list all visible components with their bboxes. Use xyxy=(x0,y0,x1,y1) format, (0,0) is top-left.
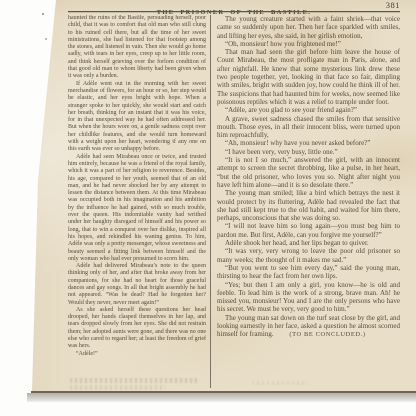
paragraph: A grave, sweet sadness chased the smiles… xyxy=(217,115,400,140)
header-rule xyxy=(68,11,400,12)
page-bottom-shadow xyxy=(27,393,416,402)
ink-showthrough-smudge xyxy=(70,385,166,390)
ink-showthrough-smudge xyxy=(70,378,198,383)
page-header: THE PRISONER OF THE BASTILE. 381 xyxy=(68,1,400,11)
paragraph: “Ah, monsieur! why have you never asked … xyxy=(217,139,400,147)
scan-speck xyxy=(42,13,44,15)
paragraph: Adèle had seen Mirabeau once or twice, a… xyxy=(68,154,206,263)
final-paragraph: The young man sat down on the turf seat … xyxy=(217,314,400,340)
paragraph: If Adèle went out in the morning with he… xyxy=(68,81,206,154)
paragraph: Adèle had delivered Mirabeau’s note to t… xyxy=(68,263,206,307)
paragraph: As she asked herself these questions her… xyxy=(68,307,206,351)
scanned-page: THE PRISONER OF THE BASTILE. 381 haunted… xyxy=(0,0,416,392)
paragraph: haunted the ruins of the Bastile, persua… xyxy=(68,15,206,81)
paragraph: “Yes; but then I am only a girl, you kno… xyxy=(217,281,400,314)
paragraph: “I will not leave him so long again—you … xyxy=(217,222,400,239)
page-number: 381 xyxy=(386,0,400,10)
paragraph: The young man smiled; like a bird which … xyxy=(217,189,400,222)
to-be-concluded-note: (TO BE CONCLUDED.) xyxy=(289,331,365,338)
paragraph: “Adèle!” xyxy=(68,351,206,358)
column-left: haunted the ruins of the Bastile, persua… xyxy=(68,15,206,388)
scan-speck xyxy=(45,38,47,40)
paragraph: The young creature started with a faint … xyxy=(217,15,400,40)
paragraph: That man had seen the girl before him le… xyxy=(217,48,400,106)
text-columns: haunted the ruins of the Bastile, persua… xyxy=(68,15,400,388)
paragraph: “It is not I so much,” answered the girl… xyxy=(217,156,400,189)
column-divider-rule xyxy=(210,15,211,388)
paragraph: “I have been very, very busy, little one… xyxy=(217,148,400,156)
paragraph: “It was very, very wrong to leave the po… xyxy=(217,247,400,264)
paragraph: “Oh, monsieur! how you frightened me!” xyxy=(217,40,400,48)
column-right: The young creature started with a faint … xyxy=(217,15,400,388)
paragraph: “But you went to see him every day,” sai… xyxy=(217,264,400,281)
ink-showthrough-smudge xyxy=(252,381,308,385)
paragraph: “Adèle, are you glad to see your friend … xyxy=(217,106,400,114)
paragraph: Adèle shook her head, and her lips began… xyxy=(217,239,400,247)
